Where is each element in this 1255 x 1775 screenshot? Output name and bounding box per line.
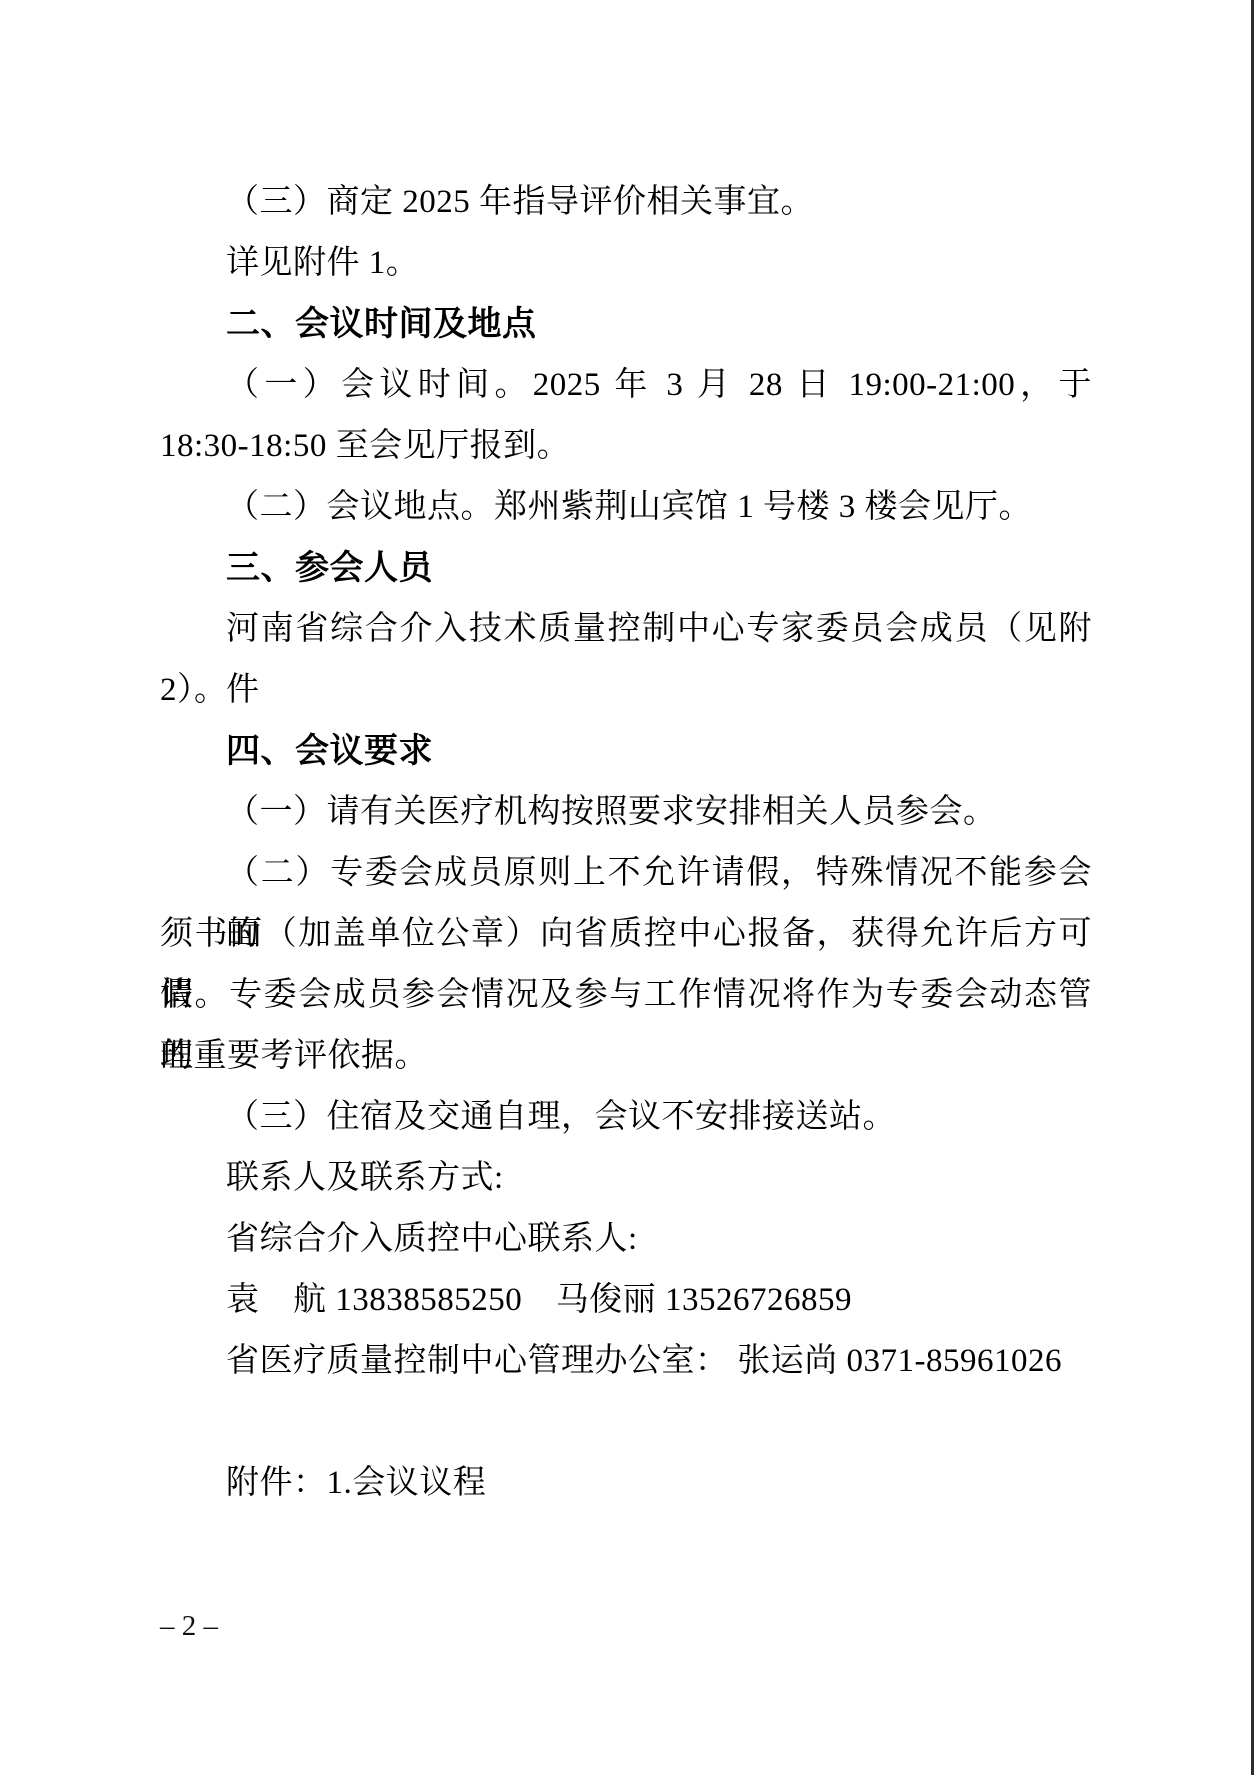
text-line: 详见附件 1。 bbox=[160, 233, 1092, 294]
page-number: – 2 – bbox=[160, 1606, 218, 1646]
text-line: （二）专委会成员原则上不允许请假，特殊情况不能参会的 bbox=[160, 843, 1092, 904]
text-line: （三）住宿及交通自理，会议不安排接送站。 bbox=[160, 1087, 1092, 1148]
section-heading: 三、参会人员 bbox=[160, 538, 1092, 599]
document-body: （三）商定 2025 年指导评价相关事宜。详见附件 1。二、会议时间及地点（一）… bbox=[160, 172, 1092, 1514]
text-line: 须书面（加盖单位公章）向省质控中心报备，获得允许后方可请 bbox=[160, 904, 1092, 965]
text-line: 2）。 bbox=[160, 660, 1092, 721]
text-line: 附件：1.会议议程 bbox=[160, 1453, 1092, 1514]
text-line: （一）请有关医疗机构按照要求安排相关人员参会。 bbox=[160, 782, 1092, 843]
document-page: （三）商定 2025 年指导评价相关事宜。详见附件 1。二、会议时间及地点（一）… bbox=[0, 0, 1255, 1775]
blank-line bbox=[160, 1392, 1092, 1453]
text-line: 省医疗质量控制中心管理办公室： 张运尚 0371-85961026 bbox=[160, 1331, 1092, 1392]
text-line: 的重要考评依据。 bbox=[160, 1026, 1092, 1087]
text-line: （一）会议时间。2025 年 3 月 28 日 19:00-21:00，于 bbox=[160, 355, 1092, 416]
text-line: 省综合介入质控中心联系人: bbox=[160, 1209, 1092, 1270]
text-line: 假。专委会成员参会情况及参与工作情况将作为专委会动态管理 bbox=[160, 965, 1092, 1026]
text-line: （三）商定 2025 年指导评价相关事宜。 bbox=[160, 172, 1092, 233]
section-heading: 四、会议要求 bbox=[160, 721, 1092, 782]
section-heading: 二、会议时间及地点 bbox=[160, 294, 1092, 355]
text-line: （二）会议地点。郑州紫荆山宾馆 1 号楼 3 楼会见厅。 bbox=[160, 477, 1092, 538]
text-line: 河南省综合介入技术质量控制中心专家委员会成员（见附件 bbox=[160, 599, 1092, 660]
text-line: 18:30-18:50 至会见厅报到。 bbox=[160, 416, 1092, 477]
text-line: 联系人及联系方式: bbox=[160, 1148, 1092, 1209]
text-line: 袁 航 13838585250 马俊丽 13526726859 bbox=[160, 1270, 1092, 1331]
page-edge-line bbox=[1251, 0, 1254, 1775]
